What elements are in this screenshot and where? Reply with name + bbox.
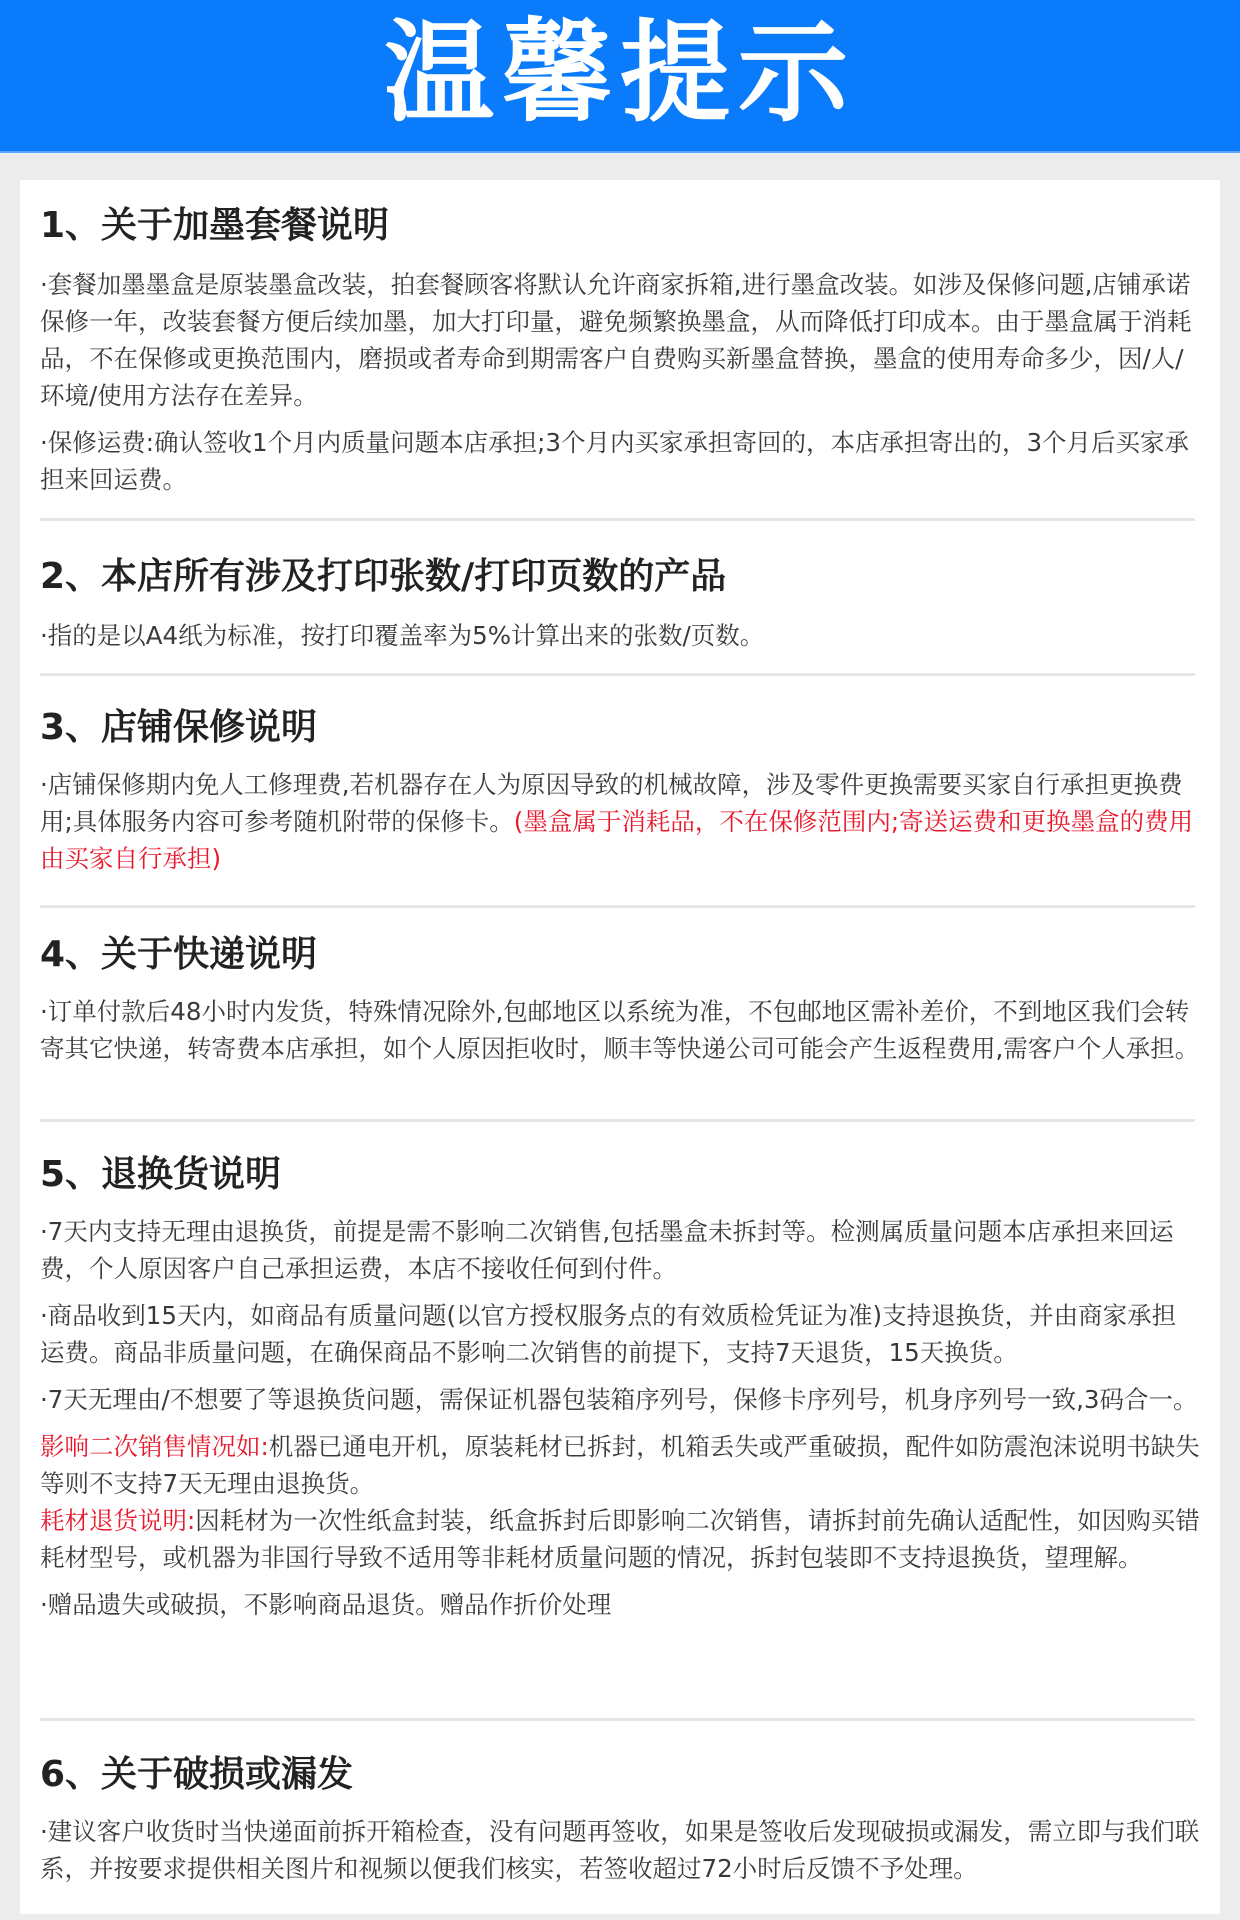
paragraph: ·7天内支持无理由退换货，前提是需不影响二次销售,包括墨盒未拆封等。检测属质量问… [40,1213,1200,1287]
paragraph-text: 因耗材为一次性纸盒封装，纸盒拆封后即影响二次销售，请拆封前先确认适配性，如因购买… [40,1506,1200,1572]
paragraph: ·7天无理由/不想要了等退换货问题，需保证机器包装箱序列号，保修卡序列号，机身序… [40,1381,1200,1418]
section-warranty: 3、店铺保修说明 ·店铺保修期内免人工修理费,若机器存在人为原因导致的机械故障，… [40,706,1200,877]
paragraph: ·建议客户收货时当快递面前拆开箱检查，没有问题再签收，如果是签收后发现破损或漏发… [40,1813,1200,1887]
paragraph: ·商品收到15天内，如商品有质量问题(以官方授权服务点的有效质检凭证为准)支持退… [40,1297,1200,1371]
paragraph: ·指的是以A4纸为标准，按打印覆盖率为5%计算出来的张数/页数。 [40,617,1200,654]
paragraph: ·套餐加墨墨盒是原装墨盒改装，拍套餐顾客将默认允许商家拆箱,进行墨盒改装。如涉及… [40,266,1200,414]
section-title: 4、关于快递说明 [40,933,1200,977]
page-title: 温馨提示 [384,18,856,128]
paragraph: ·保修运费:确认签收1个月内质量问题本店承担;3个月内买家承担寄回的，本店承担寄… [40,424,1200,498]
divider [40,518,1195,521]
red-label: 影响二次销售情况如: [40,1432,269,1461]
divider [40,1119,1195,1122]
section-title: 6、关于破损或漏发 [40,1753,1200,1797]
divider [40,1718,1195,1721]
section-title: 3、店铺保修说明 [40,706,1200,750]
section-title: 5、退换货说明 [40,1153,1200,1197]
divider [40,905,1195,908]
notice-card: 1、关于加墨套餐说明 ·套餐加墨墨盒是原装墨盒改装，拍套餐顾客将默认允许商家拆箱… [20,180,1220,1914]
paragraph: ·订单付款后48小时内发货，特殊情况除外,包邮地区以系统为准，不包邮地区需补差价… [40,993,1200,1067]
section-print-count: 2、本店所有涉及打印张数/打印页数的产品 ·指的是以A4纸为标准，按打印覆盖率为… [40,555,1200,654]
section-returns: 5、退换货说明 ·7天内支持无理由退换货，前提是需不影响二次销售,包括墨盒未拆封… [40,1153,1200,1623]
paragraph: 耗材退货说明:因耗材为一次性纸盒封装，纸盒拆封后即影响二次销售，请拆封前先确认适… [40,1502,1200,1576]
section-shipping: 4、关于快递说明 ·订单付款后48小时内发货，特殊情况除外,包邮地区以系统为准，… [40,933,1200,1067]
red-label: 耗材退货说明: [40,1506,195,1535]
section-damage: 6、关于破损或漏发 ·建议客户收货时当快递面前拆开箱检查，没有问题再签收，如果是… [40,1753,1200,1887]
paragraph: ·店铺保修期内免人工修理费,若机器存在人为原因导致的机械故障，涉及零件更换需要买… [40,766,1200,877]
paragraph: ·赠品遗失或破损，不影响商品退货。赠品作折价处理 [40,1586,1200,1623]
paragraph: 影响二次销售情况如:机器已通电开机，原装耗材已拆封，机箱丢失或严重破损，配件如防… [40,1428,1200,1502]
header-banner: 温馨提示 [0,0,1240,153]
divider [40,673,1195,676]
section-title: 2、本店所有涉及打印张数/打印页数的产品 [40,555,1200,599]
section-refill-package: 1、关于加墨套餐说明 ·套餐加墨墨盒是原装墨盒改装，拍套餐顾客将默认允许商家拆箱… [40,204,1200,498]
section-title: 1、关于加墨套餐说明 [40,204,1200,248]
